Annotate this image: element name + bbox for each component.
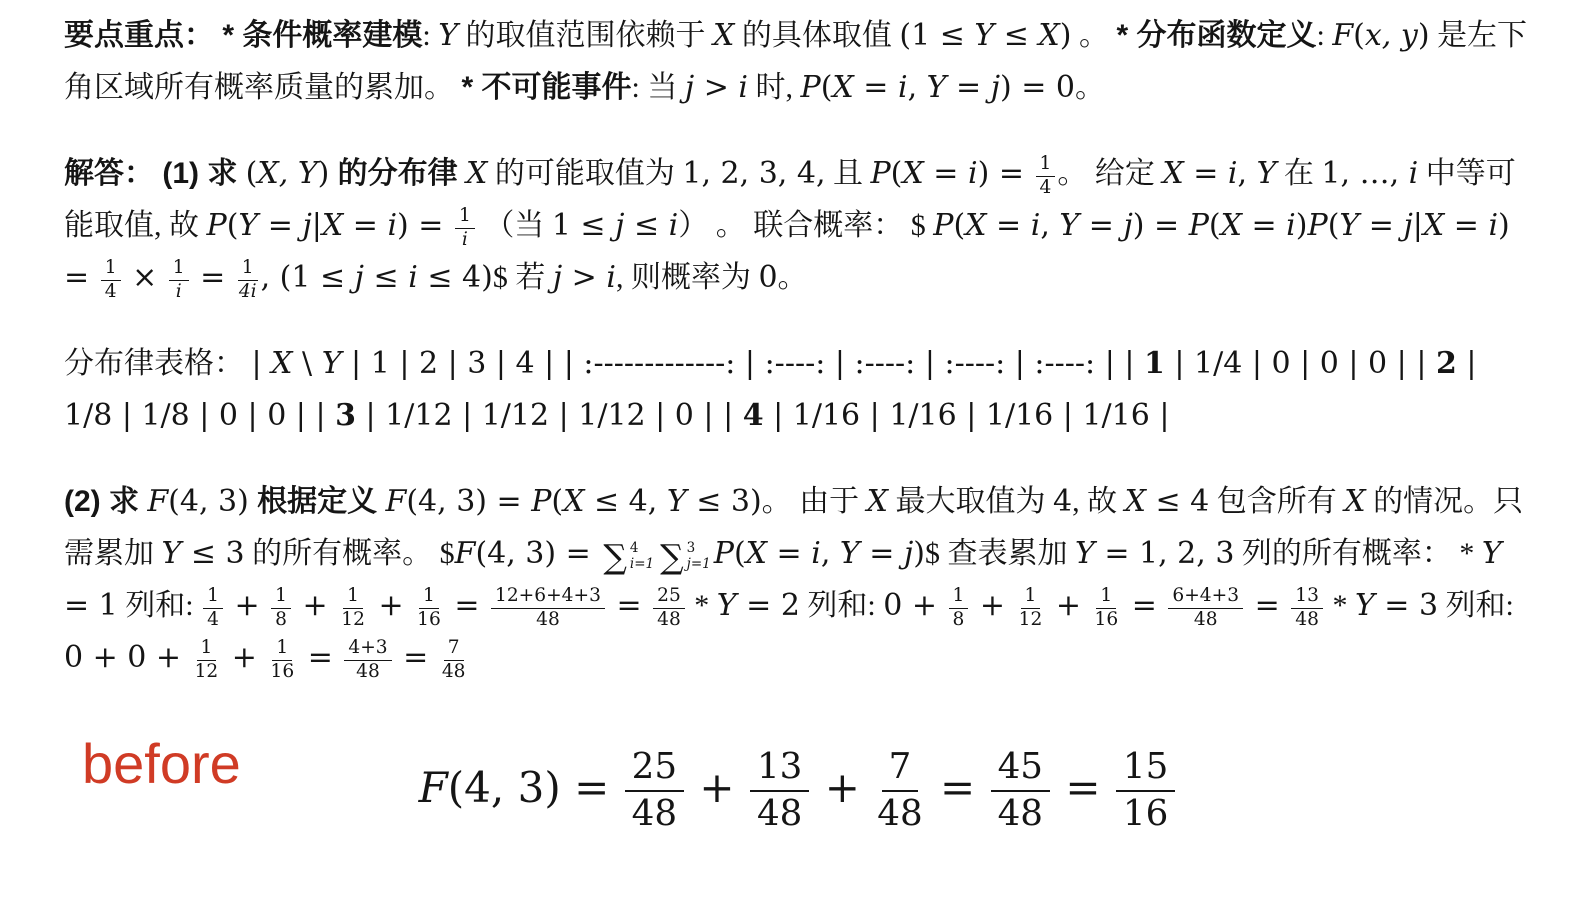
summation-lower-limit: j=1 xyxy=(687,556,711,572)
fraction-denominator: 48 xyxy=(630,792,679,837)
text-segment: Y xyxy=(1355,588,1375,623)
text-segment: ≤ xyxy=(364,260,408,295)
text-segment: | 1/12 | 1/12 | 1/12 | 0 | | xyxy=(356,398,743,433)
text-segment: = xyxy=(927,763,989,812)
text-segment: Y xyxy=(1059,208,1079,243)
text-segment: ( xyxy=(551,484,563,519)
text-segment: i xyxy=(1228,156,1238,191)
text-segment: Y xyxy=(974,18,994,53)
text-segment: Y xyxy=(667,484,687,519)
text-segment: + xyxy=(1046,588,1090,623)
text-segment: 0 xyxy=(758,260,777,295)
text-segment: = xyxy=(1184,156,1228,191)
fraction-denominator: 16 xyxy=(1121,792,1170,837)
text-segment: P xyxy=(870,156,890,191)
text-segment: = 2 xyxy=(737,588,800,623)
text-segment: i xyxy=(1488,208,1498,243)
text-segment: $ 查表累加 xyxy=(925,537,1075,570)
fraction-numerator: 1 xyxy=(197,637,217,660)
text-segment: (1 ≤ xyxy=(280,260,355,295)
text-segment: 包含所有 xyxy=(1209,485,1344,518)
text-segment: P xyxy=(1308,208,1328,243)
text-segment: = xyxy=(946,70,990,105)
final-equation-row: before F(4, 3) = 2548 + 1348 + 748 = 454… xyxy=(64,728,1532,858)
text-segment: , xyxy=(1238,156,1257,191)
text-segment: 要点重点： * 条件概率建模 xyxy=(64,19,422,52)
text-segment: * 分布函数定义 xyxy=(1116,19,1316,52)
text-segment: \ xyxy=(293,346,322,381)
fraction-denominator: 48 xyxy=(755,792,804,837)
fraction-numerator: 45 xyxy=(991,745,1050,792)
text-segment: , xyxy=(261,260,280,295)
fraction-denominator: 16 xyxy=(415,609,443,631)
text-segment: > xyxy=(694,70,738,105)
fraction: 112 xyxy=(1017,585,1045,631)
text-segment: ( xyxy=(734,536,746,571)
text-segment: （当 xyxy=(477,209,552,242)
fraction-denominator: 16 xyxy=(268,661,296,683)
text-segment: ) = xyxy=(1133,208,1189,243)
text-segment: ≤ 3 xyxy=(181,536,244,571)
fraction-numerator: 1 xyxy=(169,257,189,280)
fraction-numerator: 1 xyxy=(271,585,291,608)
text-segment: + xyxy=(811,763,873,812)
text-segment: ) xyxy=(1418,18,1430,53)
text-segment: = xyxy=(1122,588,1166,623)
text-segment: = xyxy=(987,208,1031,243)
text-segment: ( xyxy=(246,156,258,191)
text-segment: i xyxy=(606,260,616,295)
fraction-numerator: 7 xyxy=(444,637,464,660)
fraction: 4+348 xyxy=(344,637,391,683)
text-segment: * xyxy=(1325,589,1355,622)
before-annotation-label: before xyxy=(82,736,241,792)
fraction-denominator: i xyxy=(174,281,184,303)
text-segment: ( xyxy=(227,208,239,243)
text-segment: 4 xyxy=(743,398,764,433)
text-segment: ) xyxy=(318,156,330,191)
text-segment: 最大取值为 xyxy=(888,485,1053,518)
text-segment: i xyxy=(811,536,821,571)
fraction: 1i xyxy=(169,257,189,303)
fraction-denominator: 48 xyxy=(996,792,1045,837)
text-segment: (4, 3) = xyxy=(475,536,600,571)
text-segment: j xyxy=(685,70,694,105)
text-segment: j xyxy=(904,536,913,571)
text-segment: 1, 2, 3, 4, xyxy=(682,156,825,191)
text-segment: = xyxy=(343,208,387,243)
text-segment: 在 xyxy=(1276,157,1321,190)
text-segment: 1 xyxy=(1144,346,1165,381)
text-segment: Y xyxy=(840,536,860,571)
text-segment: P xyxy=(933,208,953,243)
text-segment: $ 若 xyxy=(493,261,553,294)
fraction-numerator: 25 xyxy=(653,585,685,608)
fraction-denominator: 48 xyxy=(1192,609,1220,631)
text-segment: 列和: xyxy=(118,589,201,622)
text-segment: Y xyxy=(717,588,737,623)
text-segment: = xyxy=(1079,208,1123,243)
text-segment: 的所有概率。 $ xyxy=(245,537,455,570)
fraction: 112 xyxy=(193,637,221,683)
fraction-numerator: 1 xyxy=(419,585,439,608)
text-segment: ( xyxy=(821,70,833,105)
text-segment: Y xyxy=(322,346,342,381)
text-segment: 分布律表格： xyxy=(64,347,252,380)
document-page: 要点重点： * 条件概率建模: Y 的取值范围依赖于 X 的具体取值 (1 ≤ … xyxy=(0,0,1594,922)
text-segment: = xyxy=(1052,763,1114,812)
text-segment: 列和: xyxy=(1438,589,1514,622)
fraction: 748 xyxy=(440,637,468,683)
text-segment: i xyxy=(1031,208,1041,243)
fraction-numerator: 13 xyxy=(1291,585,1323,608)
text-segment: (1 ≤ xyxy=(899,18,974,53)
text-segment: i xyxy=(738,70,748,105)
text-segment: = 1, 2, 3 xyxy=(1095,536,1235,571)
text-segment: ≤ xyxy=(994,18,1038,53)
fraction-numerator: 1 xyxy=(101,257,121,280)
fraction-denominator: 48 xyxy=(440,661,468,683)
text-segment: j xyxy=(302,208,311,243)
text-segment: 。 给定 xyxy=(1057,157,1162,190)
text-segment: (2) 求 xyxy=(64,485,147,518)
fraction-denominator: 4i xyxy=(237,281,259,303)
fraction-numerator: 1 xyxy=(949,585,969,608)
text-segment: X xyxy=(1344,484,1365,519)
fraction-numerator: 1 xyxy=(1036,153,1056,176)
sigma-symbol: ∑ xyxy=(660,540,684,573)
text-segment: | 1/16 | 1/16 | 1/16 | 1/16 | xyxy=(764,398,1170,433)
text-segment: + xyxy=(369,588,413,623)
text-segment: i xyxy=(1409,156,1419,191)
text-segment: X, Y xyxy=(257,156,317,191)
final-equation: F(4, 3) = 2548 + 1348 + 748 = 4548 = 151… xyxy=(64,728,1532,848)
paragraph-distribution-table-raw: 分布律表格： | X \ Y | 1 | 2 | 3 | 4 | | :----… xyxy=(64,338,1532,442)
text-segment: , 则概率为 xyxy=(616,261,759,294)
fraction-denominator: 48 xyxy=(1293,609,1321,631)
text-segment: = xyxy=(258,208,302,243)
text-segment: 。 xyxy=(1071,19,1116,52)
text-segment: (4, 3) = xyxy=(448,763,623,812)
summation-limits: 3j=1 xyxy=(687,540,711,572)
text-segment: ( xyxy=(953,208,965,243)
fraction: 18 xyxy=(949,585,969,631)
fraction: 14 xyxy=(1036,153,1056,199)
text-segment: ) = xyxy=(397,208,453,243)
text-segment: | xyxy=(1413,208,1423,243)
text-segment: P xyxy=(714,536,734,571)
text-segment: + xyxy=(222,640,266,675)
paragraph-key-points: 要点重点： * 条件概率建模: Y 的取值范围依赖于 X 的具体取值 (1 ≤ … xyxy=(64,10,1532,114)
fraction: 748 xyxy=(875,745,924,836)
text-segment: = xyxy=(191,260,235,295)
text-segment: ≤ 4) xyxy=(418,260,493,295)
text-segment: = xyxy=(767,536,811,571)
text-segment: ≤ xyxy=(624,208,668,243)
text-segment: : 当 xyxy=(632,71,685,104)
fraction-denominator: 12 xyxy=(193,661,221,683)
fraction-numerator: 1 xyxy=(203,585,223,608)
text-segment: + xyxy=(970,588,1014,623)
text-segment: * xyxy=(687,589,717,622)
fraction-numerator: 1 xyxy=(1021,585,1041,608)
text-segment: j xyxy=(1123,208,1132,243)
text-segment: Y xyxy=(438,18,458,53)
fraction: 1348 xyxy=(1291,585,1323,631)
fraction: 14 xyxy=(203,585,223,631)
fraction-denominator: 8 xyxy=(273,609,289,631)
text-segment: 列的所有概率： * xyxy=(1234,537,1482,570)
text-segment: X xyxy=(965,208,986,243)
text-segment: = xyxy=(860,536,904,571)
summation: ∑4i=1 xyxy=(603,540,654,573)
fraction: 4548 xyxy=(991,745,1050,836)
text-segment: F xyxy=(147,484,168,519)
text-segment: , 故 xyxy=(1072,485,1125,518)
fraction: 116 xyxy=(415,585,443,631)
text-segment: j xyxy=(1403,208,1412,243)
summation-upper-limit: 4 xyxy=(630,540,654,556)
text-segment: + xyxy=(293,588,337,623)
fraction: 14i xyxy=(237,257,259,303)
text-segment: F xyxy=(386,484,407,519)
text-segment: + xyxy=(225,588,269,623)
text-segment: j xyxy=(991,70,1000,105)
text-segment: 3 xyxy=(335,398,356,433)
fraction-denominator: 48 xyxy=(875,792,924,837)
text-segment: i xyxy=(968,156,978,191)
text-segment: F xyxy=(1332,18,1353,53)
fraction-numerator: 1 xyxy=(238,257,258,280)
text-segment: X xyxy=(1038,18,1059,53)
fraction-denominator: 8 xyxy=(951,609,967,631)
text-segment: | xyxy=(252,346,272,381)
text-segment: 的可能取值为 xyxy=(487,157,682,190)
fraction-denominator: 4 xyxy=(205,609,221,631)
text-segment: 的具体取值 xyxy=(734,19,899,52)
paragraph-solution-q2: (2) 求 F(4, 3) 根据定义 F(4, 3) = P(X ≤ 4, Y … xyxy=(64,476,1532,684)
fraction: 18 xyxy=(271,585,291,631)
text-segment: j xyxy=(553,260,562,295)
fraction-denominator: 12 xyxy=(339,609,367,631)
text-segment: (4, 3) xyxy=(168,484,249,519)
text-segment: (4, 3) = xyxy=(406,484,531,519)
text-segment: = xyxy=(1245,588,1289,623)
text-segment: X xyxy=(271,346,292,381)
text-segment: X xyxy=(1125,484,1146,519)
text-segment: | xyxy=(312,208,322,243)
text-segment: X xyxy=(713,18,734,53)
fraction-denominator: 16 xyxy=(1093,609,1121,631)
fraction-denominator: 4 xyxy=(1038,177,1054,199)
text-segment: 时, xyxy=(748,71,801,104)
text-segment: = xyxy=(298,640,342,675)
text-segment: X xyxy=(902,156,923,191)
text-segment: ( xyxy=(891,156,903,191)
fraction-numerator: 15 xyxy=(1116,745,1175,792)
fraction: 1348 xyxy=(750,745,809,836)
text-segment: ) xyxy=(913,536,925,571)
text-segment: ( xyxy=(1328,208,1340,243)
fraction-numerator: 13 xyxy=(750,745,809,792)
text-segment: ） 。 联合概率： $ xyxy=(678,209,933,242)
text-segment: : xyxy=(422,19,438,52)
text-segment: ≤ 3) xyxy=(687,484,762,519)
text-segment: 根据定义 xyxy=(249,485,386,518)
text-segment: 0 + xyxy=(883,588,946,623)
text-segment: 2 xyxy=(1436,346,1457,381)
text-segment: = xyxy=(607,588,651,623)
text-segment: 0 + 0 + xyxy=(64,640,191,675)
text-segment: × xyxy=(123,260,167,295)
text-segment: ≤ 4 xyxy=(1146,484,1209,519)
fraction-denominator: 48 xyxy=(655,609,683,631)
fraction-denominator: 4 xyxy=(103,281,119,303)
summation-upper-limit: 3 xyxy=(687,540,711,556)
fraction-numerator: 1 xyxy=(343,585,363,608)
text-segment: 1, …, xyxy=(1321,156,1408,191)
fraction-denominator: i xyxy=(460,229,470,251)
text-segment: = 3 xyxy=(1375,588,1438,623)
text-segment: x, y xyxy=(1365,18,1418,53)
fraction-denominator: 48 xyxy=(354,661,382,683)
text-segment: j xyxy=(355,260,364,295)
fraction-numerator: 7 xyxy=(882,745,919,792)
text-segment: ( xyxy=(1209,208,1221,243)
text-segment: = xyxy=(394,640,438,675)
text-segment: i xyxy=(898,70,908,105)
text-segment: ) = xyxy=(978,156,1034,191)
text-segment: = xyxy=(1444,208,1488,243)
text-segment: 解答： (1) 求 xyxy=(64,157,246,190)
text-segment: Y xyxy=(927,70,947,105)
fraction: 2548 xyxy=(625,745,684,836)
text-segment: 4 xyxy=(1053,484,1072,519)
text-segment: 的取值范围依赖于 xyxy=(458,19,713,52)
text-segment: = xyxy=(854,70,898,105)
text-segment: X xyxy=(322,208,343,243)
text-segment: X xyxy=(746,536,767,571)
text-segment: X xyxy=(832,70,853,105)
text-segment: P xyxy=(531,484,551,519)
text-segment: 且 xyxy=(825,157,870,190)
fraction-numerator: 12+6+4+3 xyxy=(491,585,605,608)
text-segment: = xyxy=(924,156,968,191)
text-segment: Y xyxy=(1339,208,1359,243)
text-segment: , xyxy=(1040,208,1059,243)
fraction-denominator: 12 xyxy=(1017,609,1045,631)
text-segment: : xyxy=(1317,19,1333,52)
text-segment: X xyxy=(1423,208,1444,243)
fraction-numerator: 4+3 xyxy=(344,637,391,660)
fraction-numerator: 1 xyxy=(272,637,292,660)
summation: ∑3j=1 xyxy=(660,540,711,573)
fraction-numerator: 1 xyxy=(455,205,475,228)
fraction: 1516 xyxy=(1116,745,1175,836)
text-segment: Y xyxy=(1075,536,1095,571)
text-segment: = 1 xyxy=(64,588,118,623)
text-segment: ) xyxy=(1060,18,1072,53)
text-segment: P xyxy=(207,208,227,243)
text-segment: F xyxy=(455,536,476,571)
text-segment: X xyxy=(1221,208,1242,243)
text-segment: = xyxy=(1242,208,1286,243)
text-segment: X xyxy=(563,484,584,519)
text-segment: ( xyxy=(1353,18,1365,53)
fraction-numerator: 1 xyxy=(1096,585,1116,608)
text-segment: , xyxy=(821,536,840,571)
fraction: 6+4+348 xyxy=(1168,585,1243,631)
fraction: 116 xyxy=(1093,585,1121,631)
text-segment: Y xyxy=(1482,536,1502,571)
text-segment: > xyxy=(562,260,606,295)
fraction: 12+6+4+348 xyxy=(491,585,605,631)
text-segment: i xyxy=(669,208,679,243)
text-segment: P xyxy=(1189,208,1209,243)
text-segment: Y xyxy=(1257,156,1277,191)
fraction: 1i xyxy=(455,205,475,251)
text-segment: | 1 | 2 | 3 | 4 | | :-------------: | :-… xyxy=(342,346,1144,381)
text-segment: P xyxy=(801,70,821,105)
text-segment: * 不可能事件 xyxy=(462,71,632,104)
text-segment: ) xyxy=(1296,208,1308,243)
text-segment: i xyxy=(387,208,397,243)
fraction: 112 xyxy=(339,585,367,631)
text-segment: 列和: xyxy=(800,589,883,622)
text-segment: F xyxy=(419,763,448,812)
text-segment: + xyxy=(686,763,748,812)
fraction: 2548 xyxy=(653,585,685,631)
text-segment: X xyxy=(1162,156,1183,191)
text-segment: X xyxy=(867,484,888,519)
text-segment: 。 由于 xyxy=(762,485,867,518)
paragraph-solution-q1: 解答： (1) 求 (X, Y) 的分布律 X 的可能取值为 1, 2, 3, … xyxy=(64,148,1532,304)
fraction-numerator: 6+4+3 xyxy=(1168,585,1243,608)
text-segment: Y xyxy=(162,536,182,571)
text-segment: 的分布律 xyxy=(329,157,466,190)
text-segment: = xyxy=(445,588,489,623)
text-segment: = xyxy=(1359,208,1403,243)
fraction-denominator: 48 xyxy=(534,609,562,631)
summation-limits: 4i=1 xyxy=(630,540,654,572)
sigma-symbol: ∑ xyxy=(603,540,627,573)
text-segment: 。 xyxy=(1075,71,1105,104)
fraction: 14 xyxy=(101,257,121,303)
text-segment: ) = 0 xyxy=(1000,70,1075,105)
fraction-numerator: 25 xyxy=(625,745,684,792)
text-segment: , xyxy=(908,70,927,105)
fraction: 116 xyxy=(268,637,296,683)
text-segment: ≤ 4, xyxy=(584,484,666,519)
text-segment: Y xyxy=(238,208,258,243)
text-segment: X xyxy=(466,156,487,191)
summation-lower-limit: i=1 xyxy=(630,556,654,572)
text-segment: | 1/4 | 0 | 0 | 0 | | xyxy=(1165,346,1436,381)
text-segment: i xyxy=(1286,208,1296,243)
text-segment: 1 ≤ xyxy=(552,208,615,243)
text-segment: 。 xyxy=(778,261,808,294)
text-segment: i xyxy=(408,260,418,295)
